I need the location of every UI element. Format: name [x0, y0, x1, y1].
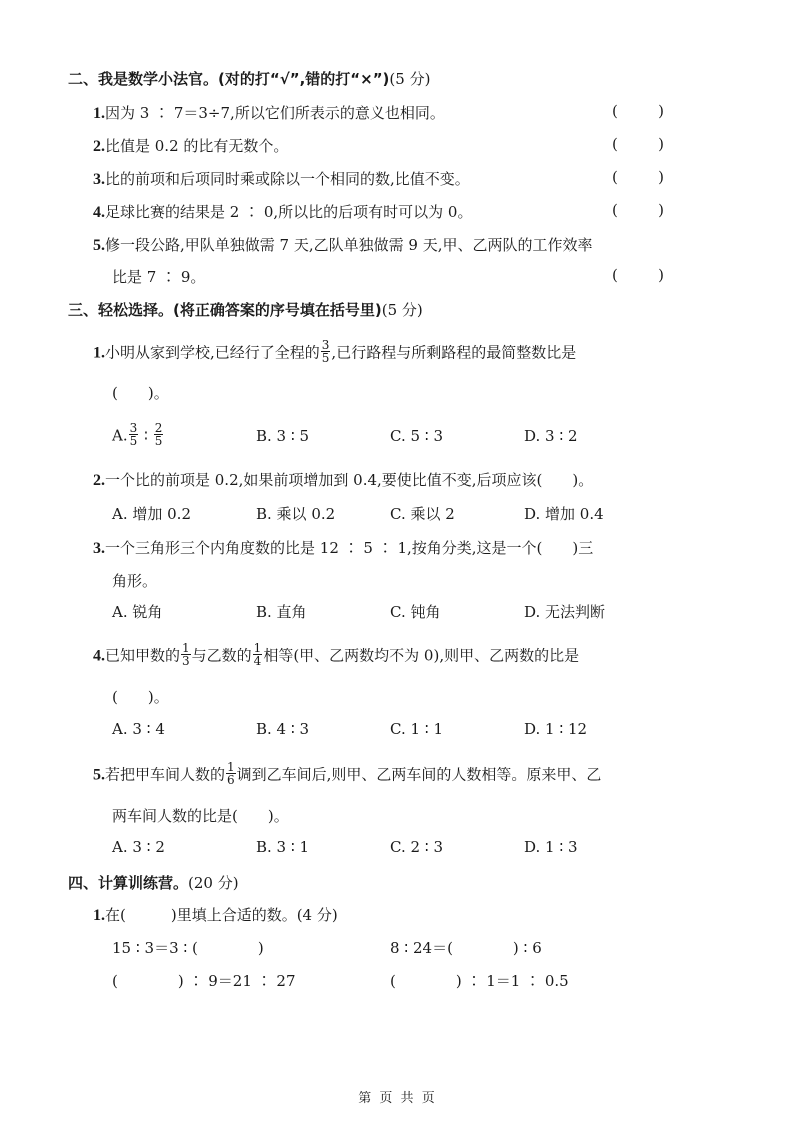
- s4-q1-item-4[interactable]: ( ) ∶ 1＝1 ∶ 0.5: [390, 970, 569, 991]
- question-number: 4.: [93, 648, 105, 665]
- fraction: 35: [321, 339, 331, 364]
- s3-q2-option-d[interactable]: D. 增加 0.4: [524, 503, 604, 524]
- s3-q5-option-a[interactable]: A. 3 ∶ 2: [112, 838, 165, 856]
- s3-q1-option-c[interactable]: C. 5 ∶ 3: [390, 427, 443, 445]
- question-number: 1.: [93, 105, 105, 122]
- s3-q3-option-c[interactable]: C. 钝角: [390, 601, 440, 622]
- s3-q1-option-d[interactable]: D. 3 ∶ 2: [524, 427, 578, 445]
- question-text: 比的前项和后项同时乘或除以一个相同的数,比值不变。: [105, 170, 470, 188]
- question-number: 4.: [93, 204, 105, 221]
- question-number: 2.: [93, 138, 105, 155]
- s2-question-3: 3.比的前项和后项同时乘或除以一个相同的数,比值不变。: [93, 168, 470, 189]
- section-3-points: (5 分): [382, 301, 423, 319]
- question-number: 2.: [93, 472, 105, 489]
- section-2-points: (5 分): [389, 70, 430, 88]
- fraction: 16: [226, 761, 236, 786]
- question-number: 3.: [93, 540, 105, 557]
- section-4-title: 四、计算训练营。(20 分): [68, 872, 239, 893]
- s2-q5-answer-blank[interactable]: (): [612, 266, 664, 284]
- s3-question-3-cont: 角形。: [112, 570, 157, 591]
- s3-q3-option-a[interactable]: A. 锐角: [112, 601, 162, 622]
- s3-q4-option-a[interactable]: A. 3 ∶ 4: [112, 720, 165, 738]
- s3-question-5-cont: 两车间人数的比是( )。: [112, 805, 289, 826]
- s2-question-2: 2.比值是 0.2 的比有无数个。: [93, 135, 288, 156]
- s3-q2-option-a[interactable]: A. 增加 0.2: [112, 503, 191, 524]
- question-number: 1.: [93, 907, 105, 924]
- s3-question-5: 5.若把甲车间人数的16调到乙车间后,则甲、乙两车间的人数相等。原来甲、乙: [93, 763, 601, 788]
- question-text: 一个三角形三个内角度数的比是 12 ∶ 5 ∶ 1,按角分类,这是一个( )三: [105, 539, 593, 557]
- question-number: 3.: [93, 171, 105, 188]
- s3-question-4: 4.已知甲数的13与乙数的14相等(甲、乙两数均不为 0),则甲、乙两数的比是: [93, 644, 579, 669]
- s4-question-1: 1.在( )里填上合适的数。(4 分): [93, 904, 338, 925]
- question-number: 1.: [93, 345, 105, 362]
- s3-q2-option-b[interactable]: B. 乘以 0.2: [256, 503, 335, 524]
- s3-question-1: 1.小明从家到学校,已经行了全程的35,已行路程与所剩路程的最简整数比是: [93, 341, 576, 366]
- question-text: 小明从家到学校,已经行了全程的: [105, 344, 320, 362]
- page-footer: 第 页 共 页: [0, 1087, 793, 1106]
- section-4-points: (20 分): [188, 874, 239, 892]
- section-3-title-text: 三、轻松选择。(将正确答案的序号填在括号里): [68, 301, 382, 319]
- s3-q2-option-c[interactable]: C. 乘以 2: [390, 503, 455, 524]
- s3-q4-option-c[interactable]: C. 1 ∶ 1: [390, 720, 443, 738]
- s2-q4-answer-blank[interactable]: (): [612, 201, 664, 219]
- s3-q1-answer-blank[interactable]: ( )。: [112, 382, 169, 403]
- s3-q4-option-b[interactable]: B. 4 ∶ 3: [256, 720, 309, 738]
- s2-question-1: 1.因为 3 ∶ 7＝3÷7,所以它们所表示的意义也相同。: [93, 102, 445, 123]
- question-text: 一个比的前项是 0.2,如果前项增加到 0.4,要使比值不变,后项应该( )。: [105, 471, 593, 489]
- s4-q1-item-1[interactable]: 15 ∶ 3＝3 ∶ ( ): [112, 937, 264, 958]
- question-text: 若把甲车间人数的: [105, 766, 225, 784]
- question-text: 与乙数的: [192, 647, 252, 665]
- s2-q1-answer-blank[interactable]: (): [612, 102, 664, 120]
- section-4-title-text: 四、计算训练营。: [68, 874, 188, 892]
- s3-q3-option-d[interactable]: D. 无法判断: [524, 601, 605, 622]
- s3-q4-answer-blank[interactable]: ( )。: [112, 686, 169, 707]
- exam-page: 二、我是数学小法官。(对的打“√”,错的打“×”)(5 分) 1.因为 3 ∶ …: [0, 0, 793, 1122]
- s3-question-2: 2.一个比的前项是 0.2,如果前项增加到 0.4,要使比值不变,后项应该( )…: [93, 469, 593, 490]
- question-text: 因为 3 ∶ 7＝3÷7,所以它们所表示的意义也相同。: [105, 104, 445, 122]
- s3-q1-option-b[interactable]: B. 3 ∶ 5: [256, 427, 309, 445]
- question-text: 修一段公路,甲队单独做需 7 天,乙队单独做需 9 天,甲、乙两队的工作效率: [105, 236, 592, 254]
- s3-q5-option-c[interactable]: C. 2 ∶ 3: [390, 838, 443, 856]
- question-number: 5.: [93, 237, 105, 254]
- s3-q1-option-a[interactable]: A.35 ∶ 25: [112, 424, 164, 449]
- s2-question-5-cont: 比是 7 ∶ 9。: [112, 266, 205, 287]
- s3-q4-option-d[interactable]: D. 1 ∶ 12: [524, 720, 587, 738]
- fraction: 14: [253, 642, 263, 667]
- s4-q1-item-2[interactable]: 8 ∶ 24＝( ) ∶ 6: [390, 937, 542, 958]
- question-text: 比值是 0.2 的比有无数个。: [105, 137, 288, 155]
- s4-q1-item-3[interactable]: ( ) ∶ 9＝21 ∶ 27: [112, 970, 296, 991]
- s2-q2-answer-blank[interactable]: (): [612, 135, 664, 153]
- s2-question-5: 5.修一段公路,甲队单独做需 7 天,乙队单独做需 9 天,甲、乙两队的工作效率: [93, 234, 592, 255]
- s3-q5-option-d[interactable]: D. 1 ∶ 3: [524, 838, 578, 856]
- section-2-title: 二、我是数学小法官。(对的打“√”,错的打“×”)(5 分): [68, 68, 430, 89]
- s2-question-4: 4.足球比赛的结果是 2 ∶ 0,所以比的后项有时可以为 0。: [93, 201, 472, 222]
- section-3-title: 三、轻松选择。(将正确答案的序号填在括号里)(5 分): [68, 299, 423, 320]
- question-text: 相等(甲、乙两数均不为 0),则甲、乙两数的比是: [263, 647, 579, 665]
- s3-question-3: 3.一个三角形三个内角度数的比是 12 ∶ 5 ∶ 1,按角分类,这是一个( )…: [93, 537, 593, 558]
- question-text: 调到乙车间后,则甲、乙两车间的人数相等。原来甲、乙: [237, 766, 602, 784]
- question-text: ,已行路程与所剩路程的最简整数比是: [331, 344, 576, 362]
- s3-q5-option-b[interactable]: B. 3 ∶ 1: [256, 838, 309, 856]
- question-text: 足球比赛的结果是 2 ∶ 0,所以比的后项有时可以为 0。: [105, 203, 472, 221]
- question-number: 5.: [93, 767, 105, 784]
- question-text: 在( )里填上合适的数。(4 分): [105, 906, 338, 924]
- section-2-title-text: 二、我是数学小法官。(对的打“√”,错的打“×”): [68, 70, 389, 88]
- question-text: 已知甲数的: [105, 647, 180, 665]
- fraction: 13: [181, 642, 191, 667]
- s2-q3-answer-blank[interactable]: (): [612, 168, 664, 186]
- s3-q3-option-b[interactable]: B. 直角: [256, 601, 307, 622]
